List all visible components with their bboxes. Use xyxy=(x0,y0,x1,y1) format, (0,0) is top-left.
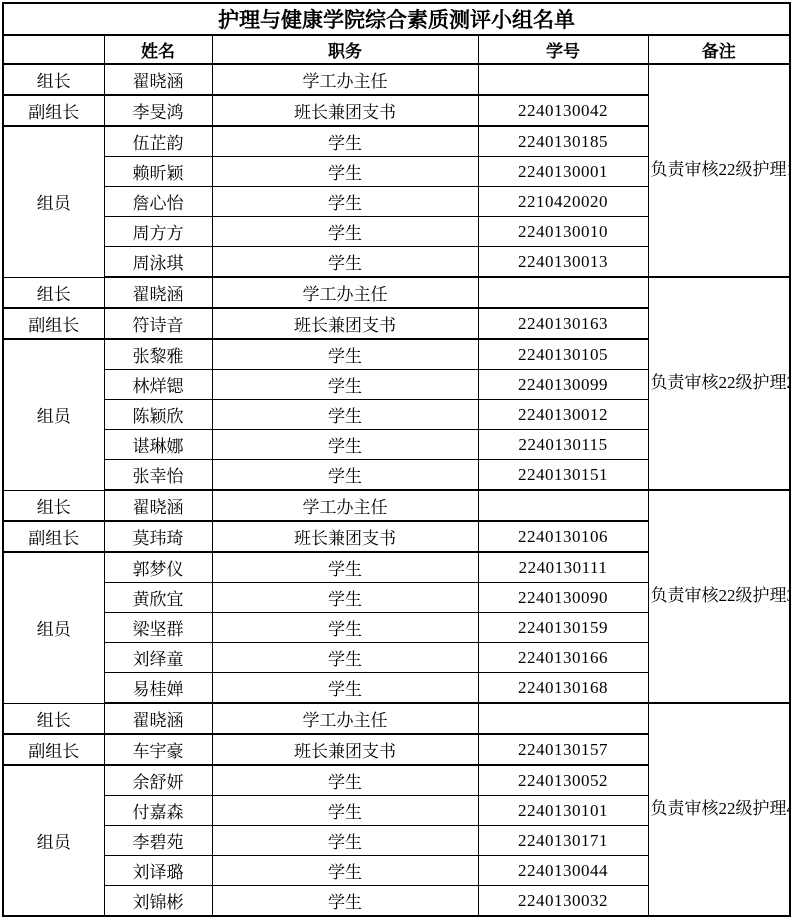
position-cell: 学生 xyxy=(212,217,478,247)
name-cell: 伍芷韵 xyxy=(104,126,212,157)
position-cell: 学生 xyxy=(212,765,478,796)
role-cell-leader: 组长 xyxy=(3,64,104,95)
group-4: 组长 翟晓涵 学工办主任 负责审核22级护理4班 副组长 车宇豪 班长兼团支书 … xyxy=(3,703,790,916)
name-cell: 张幸怡 xyxy=(104,460,212,491)
role-cell-leader: 组长 xyxy=(3,703,104,734)
page-title: 护理与健康学院综合素质测评小组名单 xyxy=(3,3,790,35)
name-cell: 翟晓涵 xyxy=(104,277,212,308)
name-cell: 符诗音 xyxy=(104,308,212,339)
table-row: 组长 翟晓涵 学工办主任 负责审核22级护理2班 xyxy=(3,277,790,308)
position-cell: 学生 xyxy=(212,370,478,400)
header-position: 职务 xyxy=(212,35,478,64)
name-cell: 陈颖欣 xyxy=(104,400,212,430)
student-id-cell: 2240130013 xyxy=(478,247,648,278)
role-cell-leader: 组长 xyxy=(3,490,104,521)
position-cell: 学生 xyxy=(212,613,478,643)
student-id-cell: 2240130044 xyxy=(478,856,648,886)
position-cell: 学生 xyxy=(212,400,478,430)
name-cell: 李碧苑 xyxy=(104,826,212,856)
position-cell: 学生 xyxy=(212,643,478,673)
role-cell-member: 组员 xyxy=(3,126,104,277)
student-id-cell: 2240130052 xyxy=(478,765,648,796)
position-cell: 学生 xyxy=(212,247,478,278)
student-id-cell: 2240130159 xyxy=(478,613,648,643)
remark-cell: 负责审核22级护理1班 xyxy=(648,64,790,277)
role-cell-deputy: 副组长 xyxy=(3,734,104,765)
student-id-cell: 2240130151 xyxy=(478,460,648,491)
student-id-cell xyxy=(478,277,648,308)
remark-cell: 负责审核22级护理2班 xyxy=(648,277,790,490)
student-id-cell: 2240130012 xyxy=(478,400,648,430)
name-cell: 车宇豪 xyxy=(104,734,212,765)
remark-cell: 负责审核22级护理3班 xyxy=(648,490,790,703)
student-id-cell: 2240130105 xyxy=(478,339,648,370)
position-cell: 学工办主任 xyxy=(212,490,478,521)
role-cell-member: 组员 xyxy=(3,765,104,916)
name-cell: 张黎雅 xyxy=(104,339,212,370)
name-cell: 余舒妍 xyxy=(104,765,212,796)
name-cell: 翟晓涵 xyxy=(104,490,212,521)
position-cell: 学工办主任 xyxy=(212,703,478,734)
role-cell-deputy: 副组长 xyxy=(3,521,104,552)
student-id-cell: 2240130032 xyxy=(478,886,648,917)
assessment-roster-table: 护理与健康学院综合素质测评小组名单 姓名 职务 学号 备注 组长 翟晓涵 学工办… xyxy=(2,2,791,917)
student-id-cell: 2210420020 xyxy=(478,187,648,217)
header-role xyxy=(3,35,104,64)
name-cell: 詹心怡 xyxy=(104,187,212,217)
name-cell: 刘绎童 xyxy=(104,643,212,673)
name-cell: 翟晓涵 xyxy=(104,703,212,734)
name-cell: 李旻鸿 xyxy=(104,95,212,126)
position-cell: 班长兼团支书 xyxy=(212,95,478,126)
position-cell: 学工办主任 xyxy=(212,64,478,95)
role-cell-member: 组员 xyxy=(3,339,104,490)
remark-cell: 负责审核22级护理4班 xyxy=(648,703,790,916)
document-page: 护理与健康学院综合素质测评小组名单 姓名 职务 学号 备注 组长 翟晓涵 学工办… xyxy=(0,0,792,919)
position-cell: 学生 xyxy=(212,552,478,583)
student-id-cell xyxy=(478,703,648,734)
position-cell: 学生 xyxy=(212,673,478,704)
student-id-cell: 2240130163 xyxy=(478,308,648,339)
name-cell: 周方方 xyxy=(104,217,212,247)
position-cell: 学生 xyxy=(212,157,478,187)
table-row: 组长 翟晓涵 学工办主任 负责审核22级护理3班 xyxy=(3,490,790,521)
position-cell: 学生 xyxy=(212,339,478,370)
position-cell: 学生 xyxy=(212,886,478,917)
student-id-cell xyxy=(478,490,648,521)
student-id-cell: 2240130185 xyxy=(478,126,648,157)
table-head-section: 护理与健康学院综合素质测评小组名单 姓名 职务 学号 备注 xyxy=(3,3,790,64)
group-2: 组长 翟晓涵 学工办主任 负责审核22级护理2班 副组长 符诗音 班长兼团支书 … xyxy=(3,277,790,490)
name-cell: 郭梦仪 xyxy=(104,552,212,583)
name-cell: 刘译璐 xyxy=(104,856,212,886)
position-cell: 学生 xyxy=(212,826,478,856)
name-cell: 莫玮琦 xyxy=(104,521,212,552)
position-cell: 学生 xyxy=(212,796,478,826)
name-cell: 赖昕颖 xyxy=(104,157,212,187)
student-id-cell: 2240130106 xyxy=(478,521,648,552)
position-cell: 班长兼团支书 xyxy=(212,734,478,765)
header-student-id: 学号 xyxy=(478,35,648,64)
student-id-cell: 2240130157 xyxy=(478,734,648,765)
role-cell-deputy: 副组长 xyxy=(3,95,104,126)
table-row: 组长 翟晓涵 学工办主任 负责审核22级护理1班 xyxy=(3,64,790,95)
group-1: 组长 翟晓涵 学工办主任 负责审核22级护理1班 副组长 李旻鸿 班长兼团支书 … xyxy=(3,64,790,277)
name-cell: 谌琳娜 xyxy=(104,430,212,460)
student-id-cell: 2240130166 xyxy=(478,643,648,673)
student-id-cell: 2240130168 xyxy=(478,673,648,704)
position-cell: 学生 xyxy=(212,430,478,460)
position-cell: 学工办主任 xyxy=(212,277,478,308)
name-cell: 刘锦彬 xyxy=(104,886,212,917)
role-cell-leader: 组长 xyxy=(3,277,104,308)
name-cell: 梁坚群 xyxy=(104,613,212,643)
student-id-cell: 2240130111 xyxy=(478,552,648,583)
name-cell: 翟晓涵 xyxy=(104,64,212,95)
student-id-cell: 2240130090 xyxy=(478,583,648,613)
header-remark: 备注 xyxy=(648,35,790,64)
student-id-cell xyxy=(478,64,648,95)
student-id-cell: 2240130101 xyxy=(478,796,648,826)
name-cell: 周泳琪 xyxy=(104,247,212,278)
title-row: 护理与健康学院综合素质测评小组名单 xyxy=(3,3,790,35)
position-cell: 学生 xyxy=(212,460,478,491)
role-cell-deputy: 副组长 xyxy=(3,308,104,339)
student-id-cell: 2240130099 xyxy=(478,370,648,400)
student-id-cell: 2240130001 xyxy=(478,157,648,187)
position-cell: 学生 xyxy=(212,856,478,886)
group-3: 组长 翟晓涵 学工办主任 负责审核22级护理3班 副组长 莫玮琦 班长兼团支书 … xyxy=(3,490,790,703)
table-row: 组长 翟晓涵 学工办主任 负责审核22级护理4班 xyxy=(3,703,790,734)
position-cell: 班长兼团支书 xyxy=(212,521,478,552)
header-name: 姓名 xyxy=(104,35,212,64)
name-cell: 林烊锶 xyxy=(104,370,212,400)
header-row: 姓名 职务 学号 备注 xyxy=(3,35,790,64)
student-id-cell: 2240130171 xyxy=(478,826,648,856)
name-cell: 付嘉森 xyxy=(104,796,212,826)
student-id-cell: 2240130010 xyxy=(478,217,648,247)
position-cell: 学生 xyxy=(212,187,478,217)
position-cell: 学生 xyxy=(212,583,478,613)
role-cell-member: 组员 xyxy=(3,552,104,703)
student-id-cell: 2240130042 xyxy=(478,95,648,126)
student-id-cell: 2240130115 xyxy=(478,430,648,460)
name-cell: 易桂婵 xyxy=(104,673,212,704)
position-cell: 班长兼团支书 xyxy=(212,308,478,339)
name-cell: 黄欣宜 xyxy=(104,583,212,613)
position-cell: 学生 xyxy=(212,126,478,157)
